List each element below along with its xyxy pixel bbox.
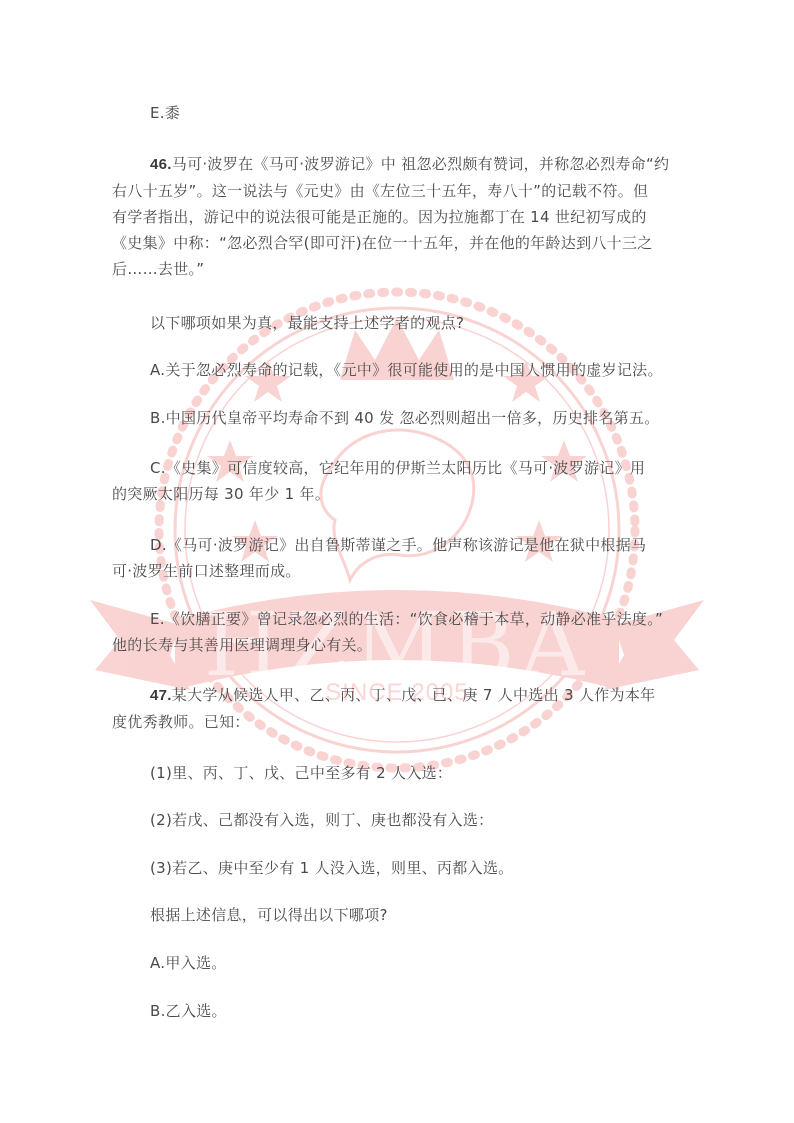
question-46-prompt: 以下哪项如果为真，最能支持上述学者的观点?	[112, 310, 730, 336]
previous-option-e: E.黍	[112, 100, 730, 126]
option-a: A.关于忽必烈寿命的记载，《元中》很可能使用的是中国人惯用的虚岁记法。	[112, 357, 730, 383]
document-page: HZMBA SINCE 2005 E.黍 46.马可·波罗在《马可·波罗游记》中…	[0, 0, 794, 1123]
option-e: E.《饮膳正要》曾记录忽必烈的生活：“饮食必稽于本草，动静必准乎法度。” 他的长…	[112, 606, 692, 658]
question-47-prompt: 根据上述信息，可以得出以下哪项?	[112, 902, 730, 928]
option-d: D.《马可·波罗游记》出自鲁斯蒂谨之手。他声称该游记是他在狱中根据马 可·波罗生…	[112, 532, 692, 584]
condition-1: (1)里、丙、丁、戊、己中至多有 2 人入选：	[112, 760, 730, 786]
option-b: B.乙入选。	[112, 998, 730, 1024]
option-b: B.中国历代皇帝平均寿命不到 40 发 忽必烈则超出一倍多，历史排名第五。	[112, 405, 730, 431]
question-number: 46.	[150, 156, 172, 173]
question-46-stem: 46.马可·波罗在《马可·波罗游记》中 祖忽必烈颇有赞词，并称忽必烈寿命“约 右…	[112, 151, 692, 282]
condition-3: (3)若乙、庚中至少有 1 人没入选，则里、丙都入选。	[112, 855, 730, 881]
question-number: 47.	[150, 687, 172, 704]
option-c: C.《史集》可信度较高，它纪年用的伊斯兰太阳历比《马可·波罗游记》用 的突厥太阳…	[112, 455, 692, 507]
condition-2: (2)若戊、己都没有入选，则丁、庚也都没有入选：	[112, 807, 730, 833]
question-47-stem: 47.某大学从候选人甲、乙、丙、丁、戊、已、庚 7 人中选出 3 人作为本年 度…	[112, 682, 692, 735]
option-a: A.甲入选。	[112, 950, 730, 976]
